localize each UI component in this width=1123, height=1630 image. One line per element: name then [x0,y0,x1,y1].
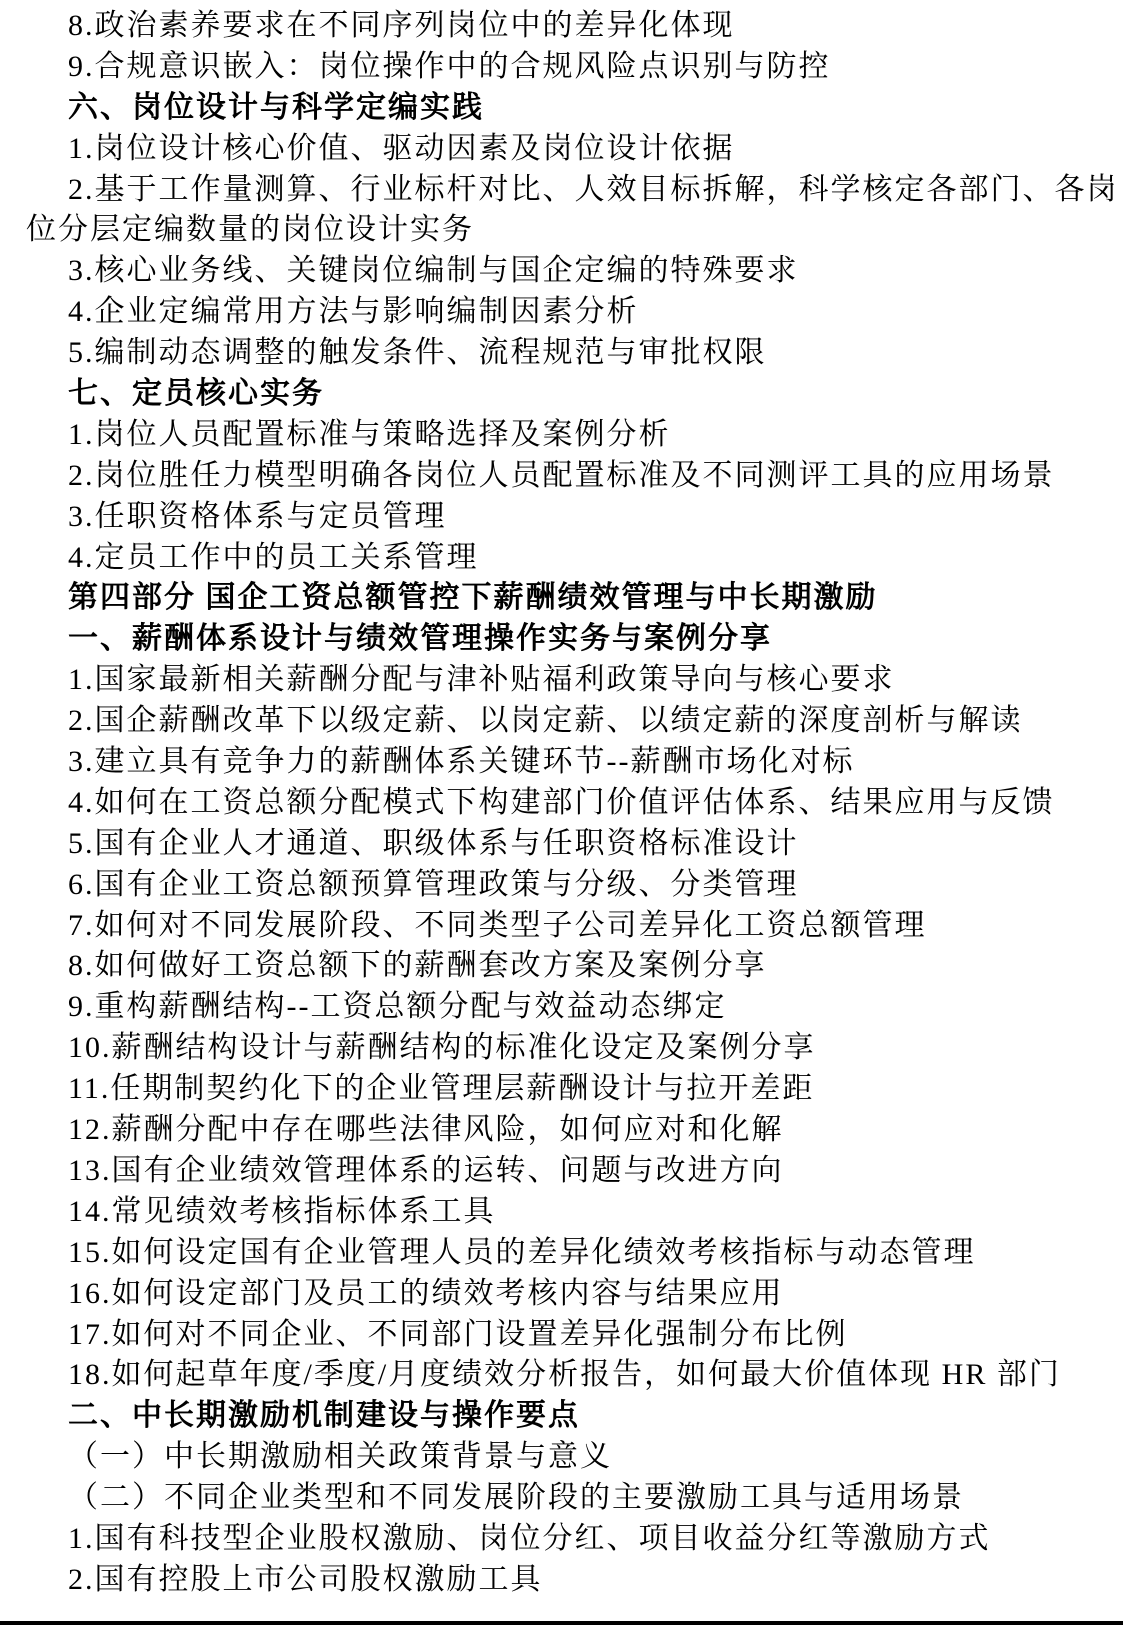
outline-item: 3.核心业务线、关键岗位编制与国企定编的特殊要求 [26,251,1123,292]
outline-item: 12.薪酬分配中存在哪些法律风险，如何应对和化解 [26,1110,1123,1151]
outline-item-continuation: 位分层定编数量的岗位设计实务 [26,210,1123,251]
outline-item: 1.国家最新相关薪酬分配与津补贴福利政策导向与核心要求 [26,660,1123,701]
sub-heading: （一）中长期激励相关政策背景与意义 [26,1437,1123,1478]
outline-item: 3.建立具有竞争力的薪酬体系关键环节--薪酬市场化对标 [26,742,1123,783]
document-page: 8.政治素养要求在不同序列岗位中的差异化体现 9.合规意识嵌入：岗位操作中的合规… [0,0,1123,1630]
outline-item: 17.如何对不同企业、不同部门设置差异化强制分布比例 [26,1315,1123,1356]
section-heading: 二、中长期激励机制建设与操作要点 [26,1396,1123,1437]
outline-item: 2.国有控股上市公司股权激励工具 [26,1560,1123,1601]
outline-item: 3.任职资格体系与定员管理 [26,497,1123,538]
outline-item: 4.企业定编常用方法与影响编制因素分析 [26,292,1123,333]
outline-item: 2.岗位胜任力模型明确各岗位人员配置标准及不同测评工具的应用场景 [26,456,1123,497]
outline-item: 14.常见绩效考核指标体系工具 [26,1192,1123,1233]
outline-item: 1.岗位人员配置标准与策略选择及案例分析 [26,415,1123,456]
outline-item: 16.如何设定部门及员工的绩效考核内容与结果应用 [26,1274,1123,1315]
outline-item: 9.重构薪酬结构--工资总额分配与效益动态绑定 [26,987,1123,1028]
section-heading: 七、定员核心实务 [26,374,1123,415]
section-heading: 六、岗位设计与科学定编实践 [26,88,1123,129]
outline-item: 4.如何在工资总额分配模式下构建部门价值评估体系、结果应用与反馈 [26,783,1123,824]
part-heading: 第四部分 国企工资总额管控下薪酬绩效管理与中长期激励 [26,578,1123,619]
outline-item: 5.编制动态调整的触发条件、流程规范与审批权限 [26,333,1123,374]
outline-item: 18.如何起草年度/季度/月度绩效分析报告，如何最大价值体现 HR 部门 [26,1355,1123,1396]
sub-heading: （二）不同企业类型和不同发展阶段的主要激励工具与适用场景 [26,1478,1123,1519]
section-heading: 一、薪酬体系设计与绩效管理操作实务与案例分享 [26,619,1123,660]
outline-item: 8.政治素养要求在不同序列岗位中的差异化体现 [26,6,1123,47]
outline-item: 6.国有企业工资总额预算管理政策与分级、分类管理 [26,865,1123,906]
outline-content: 8.政治素养要求在不同序列岗位中的差异化体现 9.合规意识嵌入：岗位操作中的合规… [26,6,1123,1601]
outline-item: 11.任期制契约化下的企业管理层薪酬设计与拉开差距 [26,1069,1123,1110]
outline-item: 9.合规意识嵌入：岗位操作中的合规风险点识别与防控 [26,47,1123,88]
outline-item: 2.国企薪酬改革下以级定薪、以岗定薪、以绩定薪的深度剖析与解读 [26,701,1123,742]
outline-item: 2.基于工作量测算、行业标杆对比、人效目标拆解，科学核定各部门、各岗 [26,170,1123,211]
outline-item: 7.如何对不同发展阶段、不同类型子公司差异化工资总额管理 [26,906,1123,947]
page-bottom-rule [0,1621,1123,1625]
outline-item: 5.国有企业人才通道、职级体系与任职资格标准设计 [26,824,1123,865]
outline-item: 15.如何设定国有企业管理人员的差异化绩效考核指标与动态管理 [26,1233,1123,1274]
outline-item: 1.国有科技型企业股权激励、岗位分红、项目收益分红等激励方式 [26,1519,1123,1560]
outline-item: 1.岗位设计核心价值、驱动因素及岗位设计依据 [26,129,1123,170]
outline-item: 4.定员工作中的员工关系管理 [26,538,1123,579]
outline-item: 13.国有企业绩效管理体系的运转、问题与改进方向 [26,1151,1123,1192]
outline-item: 10.薪酬结构设计与薪酬结构的标准化设定及案例分享 [26,1028,1123,1069]
outline-item: 8.如何做好工资总额下的薪酬套改方案及案例分享 [26,946,1123,987]
